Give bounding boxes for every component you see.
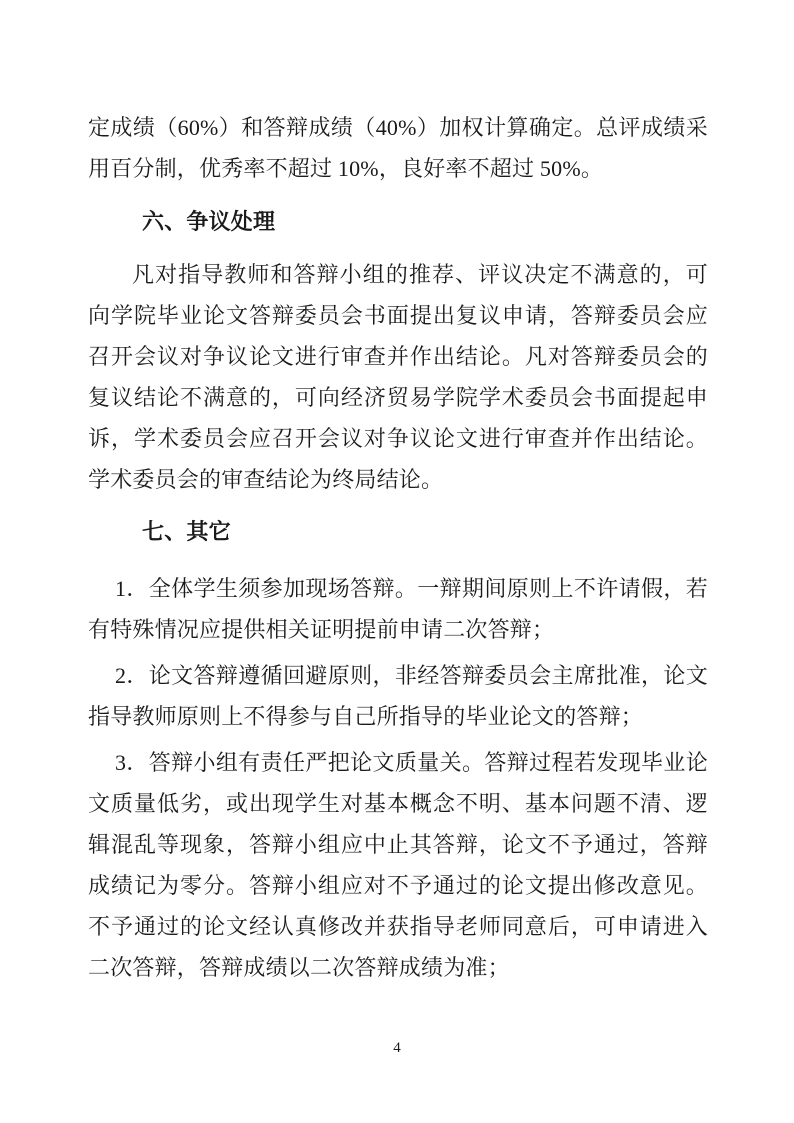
document-page: 定成绩（60%）和答辩成绩（40%）加权计算确定。总评成绩采用百分制，优秀率不超… (0, 0, 794, 1123)
document-body: 定成绩（60%）和答辩成绩（40%）加权计算确定。总评成绩采用百分制，优秀率不超… (88, 107, 708, 988)
continuation-paragraph: 定成绩（60%）和答辩成绩（40%）加权计算确定。总评成绩采用百分制，优秀率不超… (88, 107, 708, 189)
list-item-3: 3．答辩小组有责任严把论文质量关。答辩过程若发现毕业论文质量低劣，或出现学生对基… (88, 742, 708, 988)
list-item-1: 1．全体学生须参加现场答辩。一辩期间原则上不许请假，若有特殊情况应提供相关证明提… (88, 568, 708, 650)
section-heading-others: 七、其它 (88, 511, 708, 552)
section-heading-dispute-handling: 六、争议处理 (88, 201, 708, 242)
section6-paragraph: 凡对指导教师和答辩小组的推荐、评议决定不满意的，可向学院毕业论文答辩委员会书面提… (88, 254, 708, 500)
page-number: 4 (0, 1038, 794, 1058)
list-item-2: 2．论文答辩遵循回避原则，非经答辩委员会主席批准，论文指导教师原则上不得参与自己… (88, 655, 708, 737)
